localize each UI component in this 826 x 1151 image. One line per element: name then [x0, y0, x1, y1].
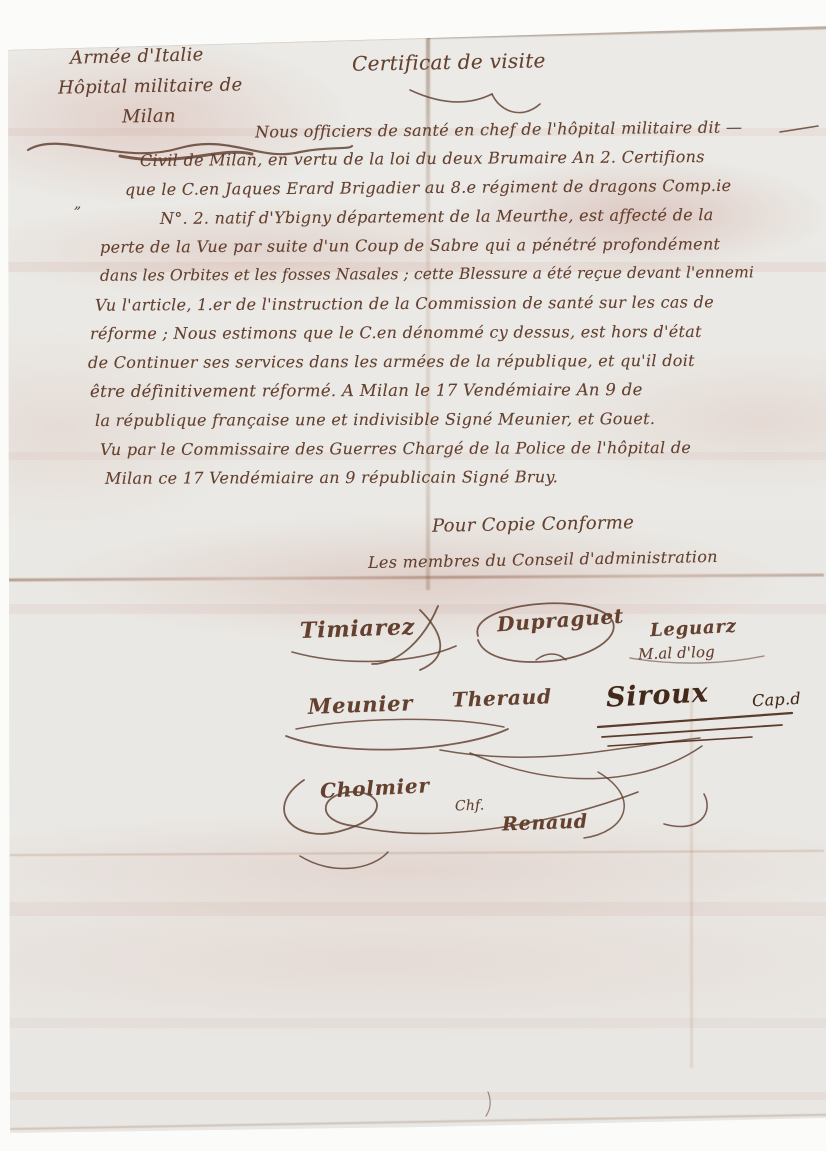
signature-dupraguet: Dupraguet [496, 604, 624, 637]
document-page: Armée d'Italie Hôpital militaire de Mila… [0, 0, 826, 1151]
meunier-flourish [296, 719, 504, 729]
document-title: Certificat de visite [352, 48, 546, 75]
ink-flourishes [0, 0, 826, 1151]
body-line: perte de la Vue par suite d'un Coup de S… [100, 234, 720, 256]
title-swash [492, 94, 540, 113]
scan-background: Armée d'Italie Hôpital militaire de Mila… [0, 0, 826, 1151]
header-unit-line1: Armée d'Italie [70, 44, 204, 68]
signature-leguarz-role: M.al d'log [638, 643, 715, 664]
closing-conseil: Les membres du Conseil d'administration [368, 547, 718, 572]
theraud-flourish [470, 746, 702, 779]
body-line: dans les Orbites et les fosses Nasales ;… [100, 263, 754, 284]
timiarez-paraph [420, 610, 440, 670]
body-line: N°. 2. natif d'Ybigny département de la … [160, 205, 714, 228]
signature-theraud: Theraud [452, 684, 553, 711]
line-end-dash [780, 126, 818, 132]
signature-renaud: Renaud [502, 811, 589, 836]
signature-leguarz: Leguarz [650, 616, 738, 642]
stain-streak [0, 902, 826, 916]
signature-siroux-role: Cap.d [752, 689, 802, 711]
header-unit-line3: Milan [122, 106, 176, 128]
body-line: de Continuer ses services dans les armée… [88, 351, 695, 372]
horizontal-fold-crease-lower [2, 850, 824, 856]
siroux-underline [602, 725, 782, 737]
cholmier-loops [584, 772, 624, 838]
signature-meunier: Meunier [308, 690, 414, 719]
paper-bottom-edge [10, 1114, 826, 1130]
margin-mark: „ [74, 196, 82, 212]
paper-top-edge [428, 26, 826, 38]
title-swash [410, 90, 492, 102]
header-unit-line2: Hôpital militaire de [58, 74, 243, 98]
signature-cholmier-role: Chf. [455, 797, 485, 814]
signature-siroux: Siroux [605, 677, 709, 713]
stain-streak [0, 1092, 826, 1100]
theraud-flourish [440, 738, 700, 757]
stain-streak [0, 1018, 826, 1028]
paper-top-edge [6, 35, 430, 49]
meunier-flourish [286, 729, 508, 750]
vertical-fold-crease-lower [690, 688, 693, 1068]
body-line: Nous officiers de santé en chef de l'hôp… [255, 117, 742, 141]
body-line: que le C.en Jaques Erard Brigadier au 8.… [125, 176, 732, 199]
body-line: Vu par le Commissaire des Guerres Chargé… [100, 438, 691, 459]
body-line: Civil de Milan, en vertu de la loi du de… [140, 147, 705, 170]
body-line: Vu l'article, 1.er de l'instruction de l… [95, 292, 714, 314]
cholmier-loops [300, 852, 388, 868]
signature-cholmier: Cholmier [319, 773, 430, 803]
horizontal-fold-crease [2, 573, 824, 581]
siroux-underline [598, 713, 792, 727]
closing-copy-conforme: Pour Copie Conforme [432, 512, 634, 537]
timiarez-paraph [292, 646, 456, 661]
siroux-underline [608, 737, 752, 746]
body-line: la république française une et indivisib… [95, 409, 655, 430]
stain-streak [0, 604, 826, 614]
bottom-ink-mark [486, 1092, 490, 1116]
body-line: Milan ce 17 Vendémiaire an 9 républicain… [105, 467, 558, 488]
body-line: être définitivement réformé. A Milan le … [90, 380, 643, 401]
dupraguet-squiggle [536, 654, 566, 660]
body-line: réforme ; Nous estimons que le C.en déno… [90, 322, 702, 343]
signature-timiarez: Timiarez [300, 614, 416, 644]
renaud-tail [664, 794, 707, 827]
